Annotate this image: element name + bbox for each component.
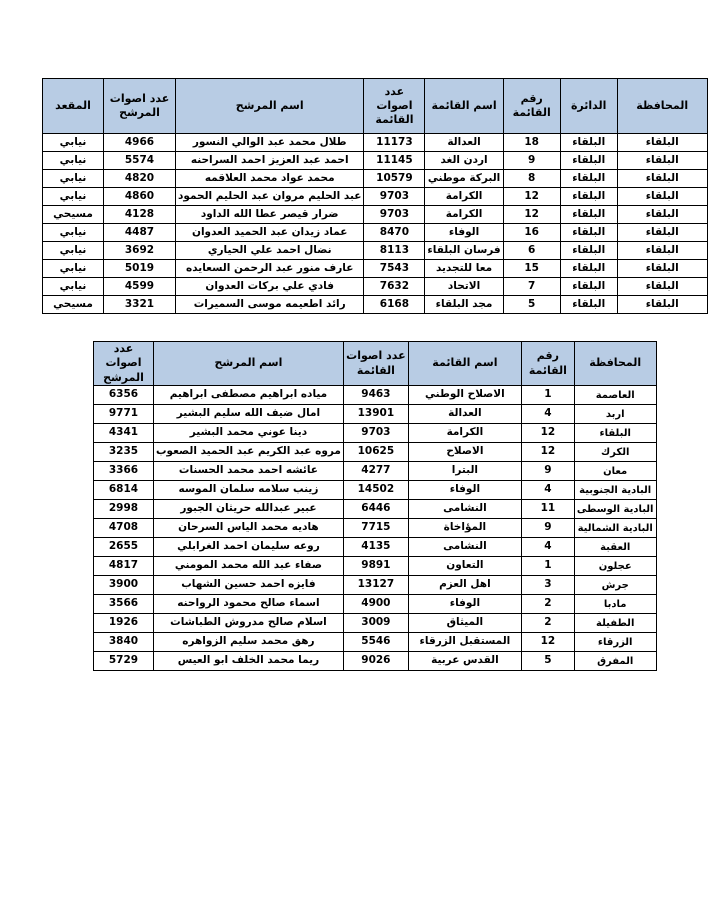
table-cell: المستقبل الزرقاء: [408, 633, 521, 652]
table-cell: هاديه محمد الياس السرحان: [154, 519, 344, 538]
table-cell: فادي علي بركات العدوان: [176, 278, 364, 296]
table-cell: البادية الشمالية: [574, 519, 656, 538]
table-cell: نيابي: [43, 278, 104, 296]
table-row: البلقاءالبلقاء5مجد البلقاء6168رائد اطعيم…: [43, 296, 708, 314]
table-cell: 4128: [104, 206, 176, 224]
table-row: المفرق5القدس عربية9026ريما محمد الخلف اب…: [94, 652, 657, 671]
table-cell: 4: [521, 481, 574, 500]
table-cell: مسيحي: [43, 206, 104, 224]
table-cell: 9703: [343, 424, 408, 443]
header-row: المحافظةالدائرةرقم القائمةاسم القائمةعدد…: [43, 79, 708, 134]
table-cell: عجلون: [574, 557, 656, 576]
table-cell: احمد عبد العزيز احمد السراحنه: [176, 152, 364, 170]
table-cell: البلقاء: [617, 134, 707, 152]
table-cell: صفاء عبد الله محمد المومني: [154, 557, 344, 576]
table-cell: 4599: [104, 278, 176, 296]
table-cell: 11173: [364, 134, 425, 152]
table-cell: 7: [503, 278, 560, 296]
table-cell: مادبا: [574, 595, 656, 614]
table-cell: 3566: [94, 595, 154, 614]
table-cell: البلقاء: [560, 134, 617, 152]
table-cell: المفرق: [574, 652, 656, 671]
table-cell: 9463: [343, 386, 408, 405]
table-cell: الاصلاح: [408, 443, 521, 462]
table-cell: 9703: [364, 188, 425, 206]
table-cell: البلقاء: [617, 296, 707, 314]
table-cell: البلقاء: [560, 206, 617, 224]
table-cell: 7543: [364, 260, 425, 278]
table-cell: زينب سلامه سلمان الموسه: [154, 481, 344, 500]
table-cell: 1: [521, 386, 574, 405]
table-cell: 3366: [94, 462, 154, 481]
table-cell: 4: [521, 405, 574, 424]
column-header: المقعد: [43, 79, 104, 134]
table-row: مادبا2الوفاء4900اسماء صالح محمود الرواحن…: [94, 595, 657, 614]
table-row: البلقاءالبلقاء16الوفاء8470عماد زيدان عبد…: [43, 224, 708, 242]
column-header: المحافظة: [617, 79, 707, 134]
column-header: عدد اصوات المرشح: [94, 342, 154, 386]
table-cell: التعاون: [408, 557, 521, 576]
table-row: البلقاءالبلقاء9اردن الغد11145احمد عبد ال…: [43, 152, 708, 170]
table-cell: اهل العزم: [408, 576, 521, 595]
column-header: اسم القائمة: [425, 79, 503, 134]
table-cell: الاتحاد: [425, 278, 503, 296]
table-cell: رهق محمد سليم الزواهره: [154, 633, 344, 652]
table-cell: 3900: [94, 576, 154, 595]
table-cell: النشامى: [408, 500, 521, 519]
table-cell: نيابي: [43, 188, 104, 206]
table-cell: 12: [503, 188, 560, 206]
table-cell: فرسان البلقاء: [425, 242, 503, 260]
table-cell: البلقاء: [617, 278, 707, 296]
table-cell: 4341: [94, 424, 154, 443]
table-cell: 18: [503, 134, 560, 152]
column-header: رقم القائمة: [503, 79, 560, 134]
table-cell: نيابي: [43, 260, 104, 278]
table-row: البلقاء12الكرامة9703دينا عوني محمد البشي…: [94, 424, 657, 443]
table-cell: فايزه احمد حسين الشهاب: [154, 576, 344, 595]
table-cell: ضرار قيصر عطا الله الداود: [176, 206, 364, 224]
table-cell: رائد اطعيمه موسى السميرات: [176, 296, 364, 314]
table-cell: اسلام صالح مدروش الطباشات: [154, 614, 344, 633]
table-cell: جرش: [574, 576, 656, 595]
table-cell: 9: [503, 152, 560, 170]
table-cell: 6446: [343, 500, 408, 519]
column-header: عدد اصوات القائمة: [343, 342, 408, 386]
table-cell: 5574: [104, 152, 176, 170]
table-cell: العدالة: [408, 405, 521, 424]
table-cell: البلقاء: [574, 424, 656, 443]
table-cell: مروه عبد الكريم عبد الحميد الصعوب: [154, 443, 344, 462]
table-cell: طلال محمد عبد الوالي النسور: [176, 134, 364, 152]
table-row: العاصمة1الاصلاح الوطني9463مياده ابراهيم …: [94, 386, 657, 405]
balqa-district-results-table: المحافظةالدائرةرقم القائمةاسم القائمةعدد…: [42, 78, 708, 314]
table-cell: 11: [521, 500, 574, 519]
table-cell: 13127: [343, 576, 408, 595]
table-cell: الكرامة: [425, 188, 503, 206]
table-cell: نضال احمد علي الحياري: [176, 242, 364, 260]
column-header: عدد اصوات القائمة: [364, 79, 425, 134]
table-cell: عبير عبدالله حريثان الجبور: [154, 500, 344, 519]
column-header: الدائرة: [560, 79, 617, 134]
table-cell: 2655: [94, 538, 154, 557]
table-row: اربد4العدالة13901امال ضيف الله سليم البش…: [94, 405, 657, 424]
table-cell: 2998: [94, 500, 154, 519]
table-cell: 16: [503, 224, 560, 242]
table-cell: 12: [503, 206, 560, 224]
table-cell: 12: [521, 633, 574, 652]
table-cell: 9: [521, 519, 574, 538]
table-row: الكرك12الاصلاح10625مروه عبد الكريم عبد ا…: [94, 443, 657, 462]
table-cell: 6: [503, 242, 560, 260]
governorates-results-table: المحافظةرقم القائمةاسم القائمةعدد اصوات …: [93, 341, 657, 671]
table-cell: معا للتجديد: [425, 260, 503, 278]
table-cell: البلقاء: [560, 242, 617, 260]
table-cell: البادية الوسطى: [574, 500, 656, 519]
table-cell: محمد عواد محمد العلاقمه: [176, 170, 364, 188]
table-cell: 4487: [104, 224, 176, 242]
table-row: البادية الوسطى11النشامى6446عبير عبدالله …: [94, 500, 657, 519]
column-header: اسم المرشح: [176, 79, 364, 134]
column-header: عدد اصوات المرشح: [104, 79, 176, 134]
table-cell: 5546: [343, 633, 408, 652]
table-cell: 3: [521, 576, 574, 595]
table-cell: 3692: [104, 242, 176, 260]
table-cell: 4817: [94, 557, 154, 576]
table-cell: البترا: [408, 462, 521, 481]
table-cell: الطفيلة: [574, 614, 656, 633]
table-cell: 14502: [343, 481, 408, 500]
table-cell: النشامى: [408, 538, 521, 557]
table-cell: 3009: [343, 614, 408, 633]
table-cell: مياده ابراهيم مصطفى ابراهيم: [154, 386, 344, 405]
table-cell: البلقاء: [617, 152, 707, 170]
table-cell: المؤاخاة: [408, 519, 521, 538]
table-cell: 12: [521, 443, 574, 462]
table-cell: 7632: [364, 278, 425, 296]
table-cell: البلقاء: [617, 242, 707, 260]
table-cell: مسيحي: [43, 296, 104, 314]
table-cell: 5: [503, 296, 560, 314]
table-cell: 4: [521, 538, 574, 557]
table-cell: 11145: [364, 152, 425, 170]
table-cell: 9026: [343, 652, 408, 671]
column-header: المحافظة: [574, 342, 656, 386]
table-cell: 4900: [343, 595, 408, 614]
table-cell: البلقاء: [617, 224, 707, 242]
table-cell: امال ضيف الله سليم البشير: [154, 405, 344, 424]
table-cell: 5729: [94, 652, 154, 671]
table-cell: 9891: [343, 557, 408, 576]
table-cell: البلقاء: [560, 170, 617, 188]
table-row: البادية الجنوبية4الوفاء14502زينب سلامه س…: [94, 481, 657, 500]
table-row: البادية الشمالية9المؤاخاة7715هاديه محمد …: [94, 519, 657, 538]
table-cell: 4966: [104, 134, 176, 152]
table-cell: ريما محمد الخلف ابو العيس: [154, 652, 344, 671]
table-cell: عبد الحليم مروان عبد الحليم الحمود: [176, 188, 364, 206]
table-cell: الوفاء: [408, 481, 521, 500]
table-cell: 8: [503, 170, 560, 188]
table-row: عجلون1التعاون9891صفاء عبد الله محمد المو…: [94, 557, 657, 576]
table-cell: 4820: [104, 170, 176, 188]
table-cell: 4860: [104, 188, 176, 206]
table-row: البلقاءالبلقاء12الكرامة9703ضرار قيصر عطا…: [43, 206, 708, 224]
table-cell: 6814: [94, 481, 154, 500]
table-cell: 2: [521, 614, 574, 633]
table-cell: البلقاء: [617, 260, 707, 278]
table-cell: اسماء صالح محمود الرواحنه: [154, 595, 344, 614]
table-cell: 8470: [364, 224, 425, 242]
table-cell: الوفاء: [425, 224, 503, 242]
column-header: اسم المرشح: [154, 342, 344, 386]
table-row: البلقاءالبلقاء12الكرامة9703عبد الحليم مر…: [43, 188, 708, 206]
table-cell: 5019: [104, 260, 176, 278]
table-cell: 2: [521, 595, 574, 614]
table-cell: 7715: [343, 519, 408, 538]
table-cell: 6356: [94, 386, 154, 405]
table-cell: روعه سليمان احمد الغرابلي: [154, 538, 344, 557]
table-cell: القدس عربية: [408, 652, 521, 671]
table-cell: عماد زيدان عبد الحميد العدوان: [176, 224, 364, 242]
table-cell: 3235: [94, 443, 154, 462]
table-cell: نيابي: [43, 224, 104, 242]
table-cell: اردن الغد: [425, 152, 503, 170]
table-cell: 15: [503, 260, 560, 278]
table-row: البلقاءالبلقاء18العدالة11173طلال محمد عب…: [43, 134, 708, 152]
table-cell: البركة موطني: [425, 170, 503, 188]
table-cell: 3321: [104, 296, 176, 314]
table-cell: 10625: [343, 443, 408, 462]
column-header: اسم القائمة: [408, 342, 521, 386]
table-cell: 5: [521, 652, 574, 671]
table-cell: البلقاء: [560, 152, 617, 170]
table-cell: معان: [574, 462, 656, 481]
table-cell: 4135: [343, 538, 408, 557]
table-cell: 1926: [94, 614, 154, 633]
table-cell: 9703: [364, 206, 425, 224]
header-row: المحافظةرقم القائمةاسم القائمةعدد اصوات …: [94, 342, 657, 386]
table-cell: عارف منور عبد الرحمن السعايده: [176, 260, 364, 278]
table-row: الزرقاء12المستقبل الزرقاء5546رهق محمد سل…: [94, 633, 657, 652]
table-cell: الزرقاء: [574, 633, 656, 652]
table-cell: البلقاء: [617, 188, 707, 206]
table-cell: 6168: [364, 296, 425, 314]
table-cell: نيابي: [43, 152, 104, 170]
table-cell: الاصلاح الوطني: [408, 386, 521, 405]
table-cell: البلقاء: [560, 296, 617, 314]
table-cell: العقبة: [574, 538, 656, 557]
column-header: رقم القائمة: [521, 342, 574, 386]
table-cell: اربد: [574, 405, 656, 424]
table-cell: 10579: [364, 170, 425, 188]
table-row: الطفيلة2الميثاق3009اسلام صالح مدروش الطب…: [94, 614, 657, 633]
table-cell: 4708: [94, 519, 154, 538]
table-row: البلقاءالبلقاء6فرسان البلقاء8113نضال احم…: [43, 242, 708, 260]
table-cell: البلقاء: [617, 170, 707, 188]
table-cell: 9: [521, 462, 574, 481]
table-cell: 1: [521, 557, 574, 576]
table-cell: مجد البلقاء: [425, 296, 503, 314]
table-cell: الكرك: [574, 443, 656, 462]
table-row: البلقاءالبلقاء7الاتحاد7632فادي علي بركات…: [43, 278, 708, 296]
table-cell: 12: [521, 424, 574, 443]
table-cell: 3840: [94, 633, 154, 652]
table-row: العقبة4النشامى4135روعه سليمان احمد الغرا…: [94, 538, 657, 557]
table-cell: العدالة: [425, 134, 503, 152]
table-cell: 13901: [343, 405, 408, 424]
table-cell: الوفاء: [408, 595, 521, 614]
table-cell: 8113: [364, 242, 425, 260]
table-row: جرش3اهل العزم13127فايزه احمد حسين الشهاب…: [94, 576, 657, 595]
table-cell: الميثاق: [408, 614, 521, 633]
table-cell: البادية الجنوبية: [574, 481, 656, 500]
table-cell: البلقاء: [560, 224, 617, 242]
table-cell: العاصمة: [574, 386, 656, 405]
table-cell: البلقاء: [560, 188, 617, 206]
table-cell: الكرامة: [408, 424, 521, 443]
table-cell: 4277: [343, 462, 408, 481]
document-page: المحافظةالدائرةرقم القائمةاسم القائمةعدد…: [0, 0, 708, 916]
table-cell: دينا عوني محمد البشير: [154, 424, 344, 443]
table-row: البلقاءالبلقاء15معا للتجديد7543عارف منور…: [43, 260, 708, 278]
table-cell: 9771: [94, 405, 154, 424]
table-cell: البلقاء: [617, 206, 707, 224]
table-row: معان9البترا4277عائشه احمد محمد الحسنات33…: [94, 462, 657, 481]
table-cell: نيابي: [43, 170, 104, 188]
table-row: البلقاءالبلقاء8البركة موطني10579محمد عوا…: [43, 170, 708, 188]
table-cell: البلقاء: [560, 260, 617, 278]
table-cell: البلقاء: [560, 278, 617, 296]
table-cell: نيابي: [43, 134, 104, 152]
table-cell: الكرامة: [425, 206, 503, 224]
table-cell: عائشه احمد محمد الحسنات: [154, 462, 344, 481]
table-cell: نيابي: [43, 242, 104, 260]
